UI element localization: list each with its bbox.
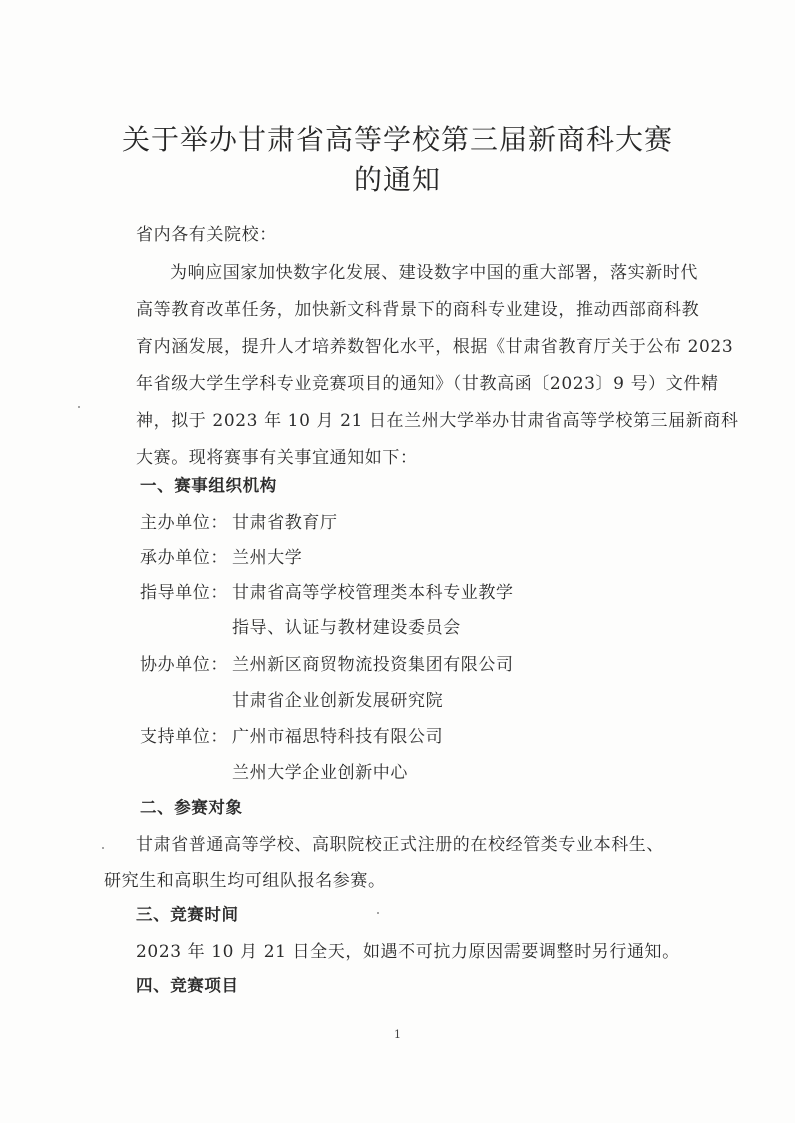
org-value: 甘肃省企业创新发展研究院	[232, 686, 443, 711]
scan-speck	[377, 912, 379, 914]
salutation: 省内各有关院校：	[136, 220, 277, 245]
participants-line: 甘肃省普通高等学校、高职院校正式注册的在校经管类专业本科生、	[136, 830, 664, 855]
org-value: 兰州新区商贸物流投资集团有限公司	[232, 650, 514, 675]
scan-speck	[78, 406, 80, 408]
org-value: 兰州大学	[232, 543, 302, 568]
intro-line: 为响应国家加快数字化发展、建设数字中国的重大部署，落实新时代	[170, 258, 698, 283]
org-value: 甘肃省教育厅	[232, 508, 338, 533]
org-label: 承办单位：	[140, 543, 228, 568]
org-label: 指导单位：	[140, 578, 228, 603]
section-heading-organization: 一、赛事组织机构	[140, 472, 277, 496]
org-value: 指导、认证与教材建设委员会	[232, 613, 461, 638]
document-title-line-2: 的通知	[0, 158, 795, 198]
time-line: 2023 年 10 月 21 日全天，如遇不可抗力原因需要调整时另行通知。	[136, 937, 680, 962]
org-label: 主办单位：	[140, 508, 228, 533]
intro-line: 年省级大学生学科专业竞赛项目的通知》（甘教高函〔2023〕9 号）文件精	[136, 369, 719, 394]
org-value: 广州市福思特科技有限公司	[232, 722, 443, 747]
section-heading-participants: 二、参赛对象	[140, 794, 243, 818]
page-number: 1	[0, 1028, 795, 1041]
document-page: 关于举办甘肃省高等学校第三届新商科大赛 的通知 省内各有关院校： 为响应国家加快…	[0, 0, 795, 1123]
section-heading-time: 三、竞赛时间	[136, 901, 239, 925]
participants-line: 研究生和高职生均可组队报名参赛。	[104, 866, 386, 891]
org-label: 协办单位：	[140, 650, 228, 675]
intro-line: 高等教育改革任务，加快新文科背景下的商科专业建设，推动西部商科教	[136, 295, 699, 320]
org-value: 兰州大学企业创新中心	[232, 758, 408, 783]
section-heading-events: 四、竞赛项目	[136, 972, 239, 996]
intro-line: 大赛。现将赛事有关事宜通知如下：	[136, 443, 418, 468]
scan-speck	[102, 847, 104, 849]
document-title-line-1: 关于举办甘肃省高等学校第三届新商科大赛	[0, 118, 795, 158]
org-value: 甘肃省高等学校管理类本科专业教学	[232, 578, 514, 603]
intro-line: 神，拟于 2023 年 10 月 21 日在兰州大学举办甘肃省高等学校第三届新商…	[136, 406, 739, 431]
org-label: 支持单位：	[140, 722, 228, 747]
intro-line: 育内涵发展，提升人才培养数智化水平，根据《甘肃省教育厅关于公布 2023	[136, 332, 733, 357]
